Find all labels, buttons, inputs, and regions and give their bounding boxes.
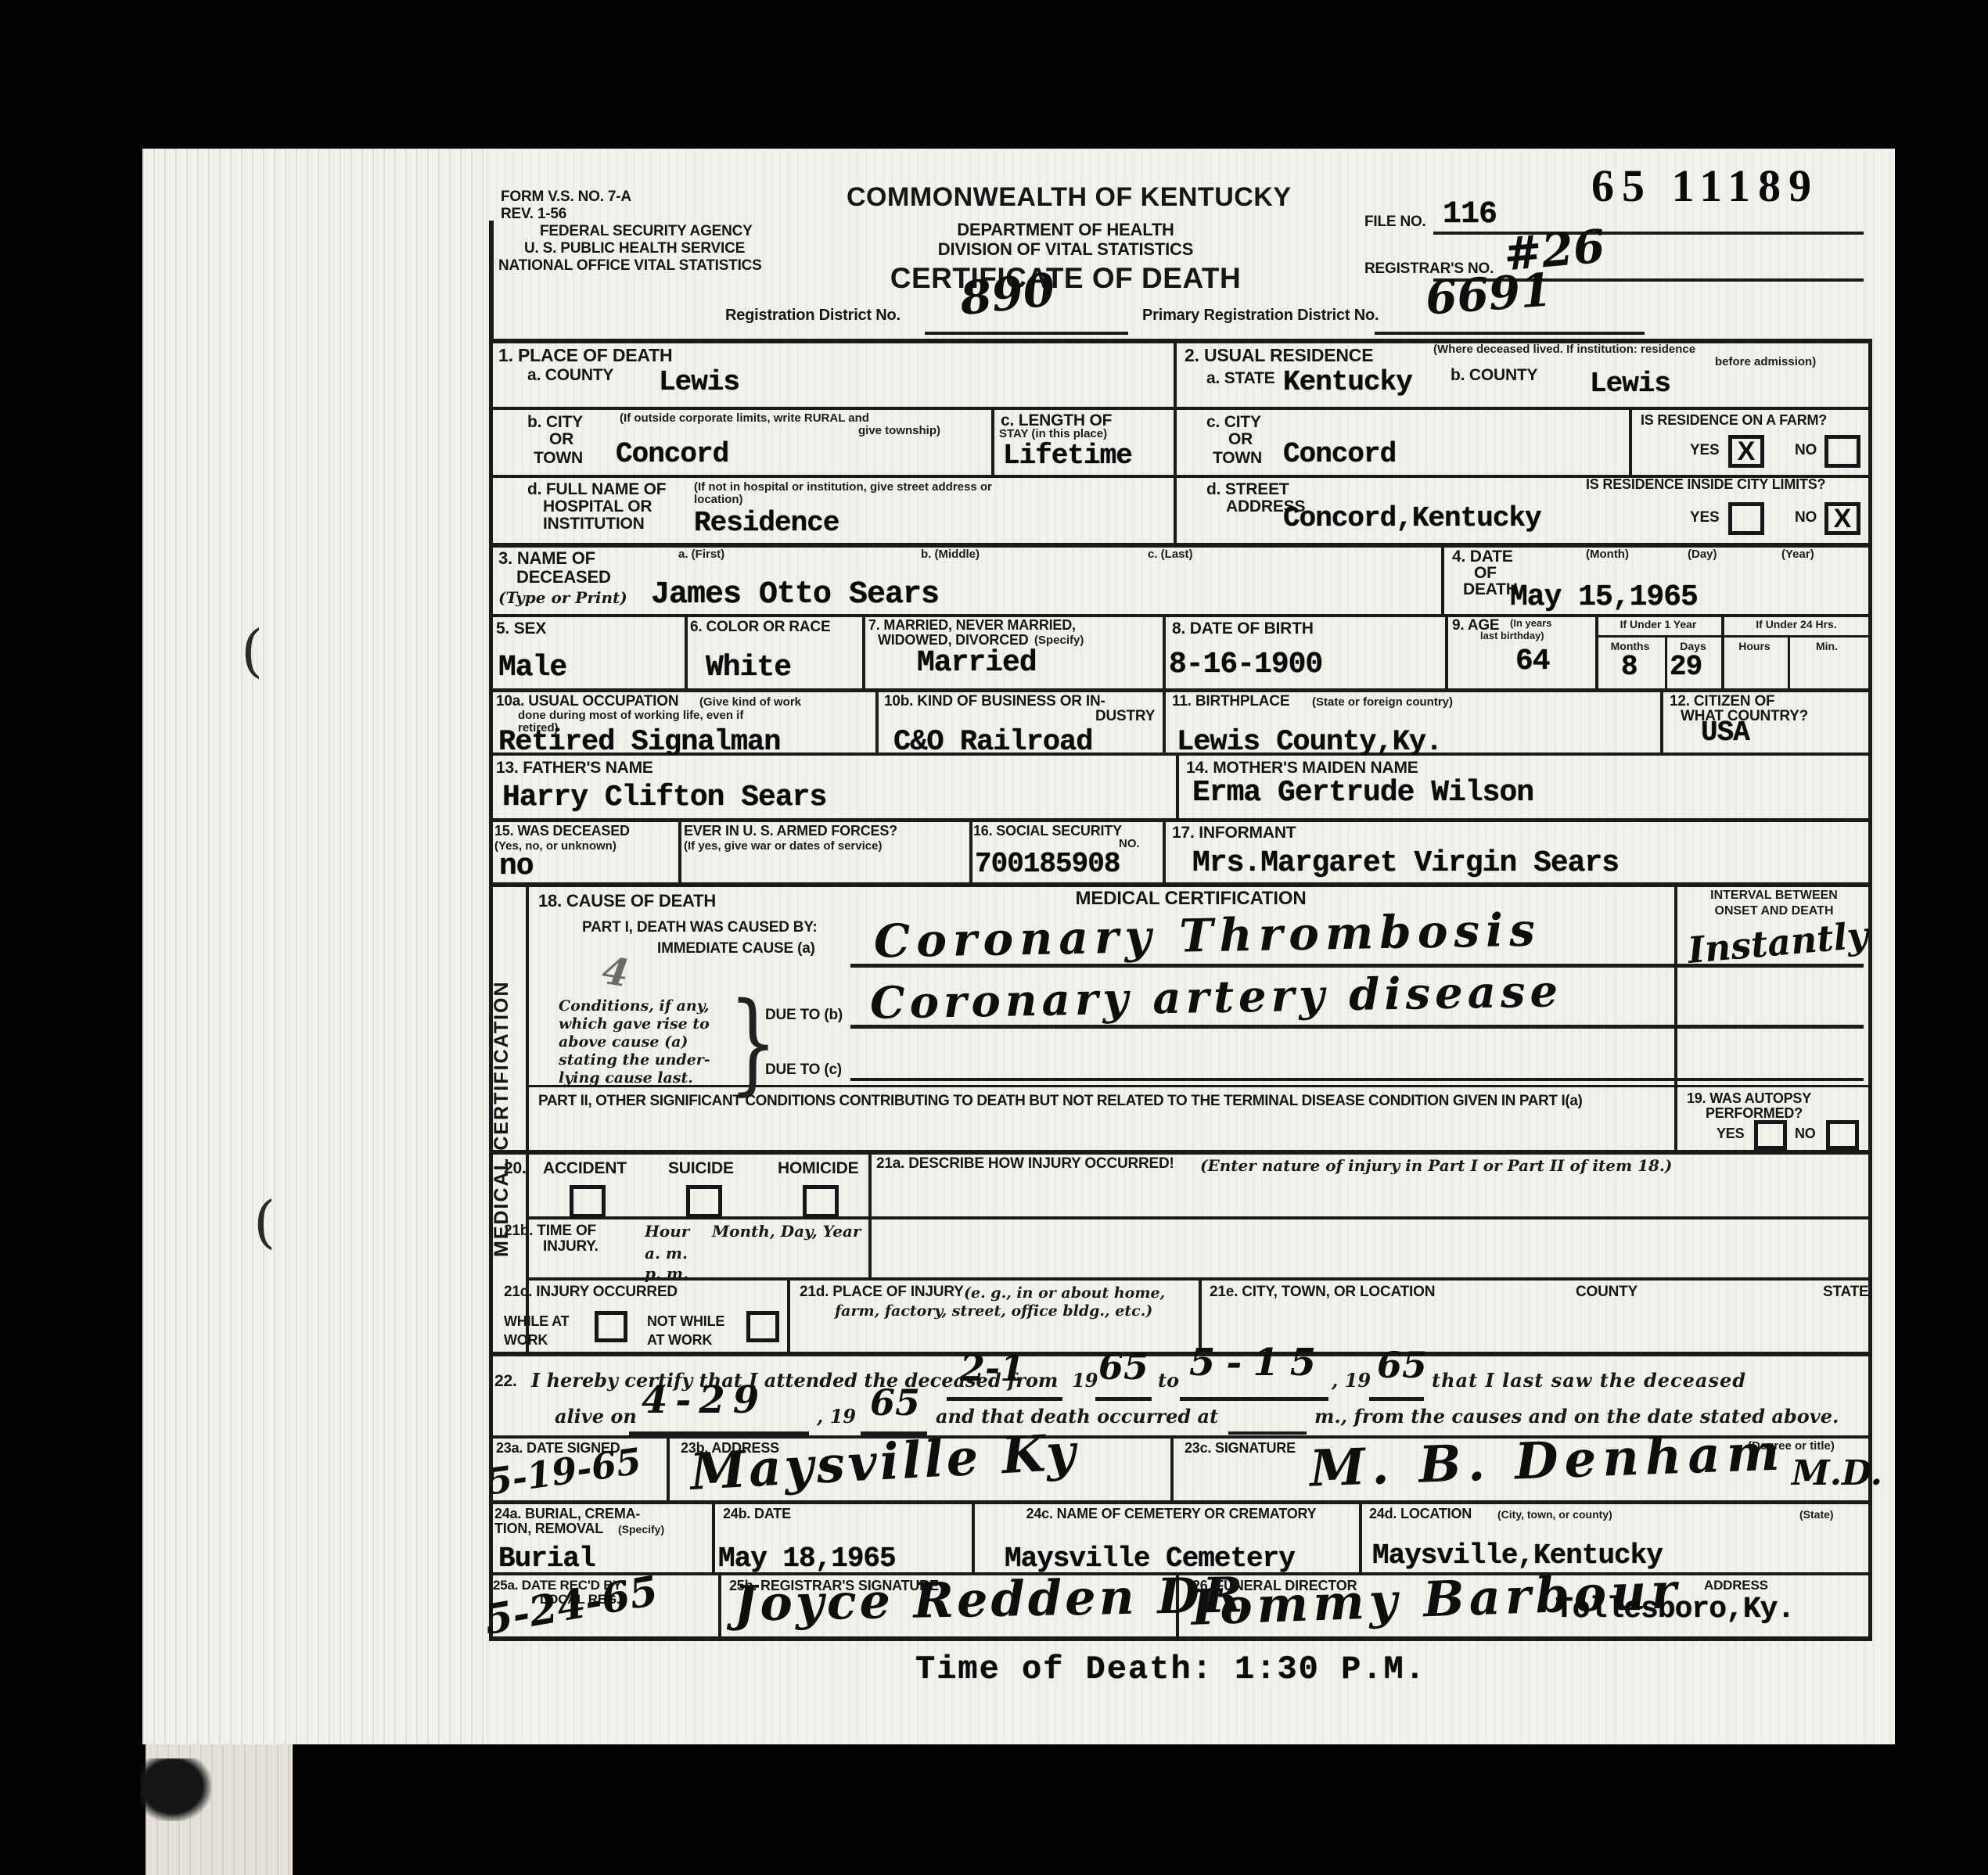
injury-occurred-label: 21c. INJURY OCCURRED [504,1284,678,1301]
residence-state-value: Kentucky [1283,366,1412,398]
mother-name-label: 14. MOTHER'S MAIDEN NAME [1186,759,1418,777]
part1-label: PART I, DEATH WAS CAUSED BY: [582,920,818,936]
physician-signature: M. B. Denham [1309,1423,1787,1498]
farm-question: IS RESIDENCE ON A FARM? [1641,413,1827,429]
cause-of-death-label: 18. CAUSE OF DEATH [538,892,716,911]
suicide-label: SUICIDE [668,1159,734,1177]
mother-name-value: Erma Gertrude Wilson [1192,776,1533,810]
rule [1163,688,1166,753]
autopsy-no-checkbox [1826,1120,1859,1150]
alive-on-value: 4-29 [642,1378,767,1422]
cemetery-label: 24c. NAME OF CEMETERY OR CREMATORY [987,1507,1355,1522]
month-label: (Month) [1586,548,1629,561]
burial-value: Burial [498,1543,595,1575]
attended-from-value: 2-1 [960,1347,1025,1389]
ssn-label2: NO. [1119,837,1140,850]
rule [787,1277,790,1352]
burial-location-note: (City, town, or county) [1497,1508,1612,1521]
rule [1163,818,1166,882]
under-1-year-label: If Under 1 Year [1595,618,1721,630]
department-title: DEPARTMENT OF HEALTH [847,221,1285,239]
margin-mark: ( [241,618,263,684]
vital-statistics-line: NATIONAL OFFICE VITAL STATISTICS [498,258,762,275]
rule [489,1352,1871,1356]
rule [991,407,994,475]
rule [868,1150,872,1277]
rule [1674,882,1677,1150]
rule [1170,1435,1174,1500]
under-24-hrs-label: If Under 24 Hrs. [1721,618,1871,630]
burial-location-note2: (State) [1799,1508,1834,1521]
printed-19-b: , 19 [1332,1369,1371,1392]
date-of-death-label2: OF [1474,564,1497,582]
due-to-c-label: DUE TO (c) [765,1062,842,1079]
file-no-label: FILE NO. [1364,214,1426,231]
health-service-line: U. S. PUBLIC HEALTH SERVICE [524,241,745,257]
occupation-value: Retired Signalman [498,726,780,759]
limits-yes-checkbox [1728,502,1764,535]
rule [875,688,879,753]
date-of-birth-label: 8. DATE OF BIRTH [1172,620,1314,638]
item-20-number: 20. [504,1159,527,1177]
month-day-year-label: Month, Day, Year [712,1222,861,1241]
rule [489,614,1871,617]
conditions-note-line: above cause (a) [559,1033,688,1051]
rule [489,818,1871,822]
autopsy-label2: PERFORMED? [1706,1106,1803,1122]
cause-a-handwriting: Coronary Thrombosis [873,903,1541,968]
scan-streak-texture [142,149,487,1744]
residence-or-label: OR [1228,430,1253,448]
funeral-address-label: ADDRESS [1704,1579,1768,1593]
pod-or-label: OR [549,430,573,448]
days-value: 29 [1670,651,1702,683]
signature-label: 23c. SIGNATURE [1185,1441,1296,1457]
date-of-death-label: 4. DATE [1452,548,1513,566]
burial-specify-note: (Specify) [618,1523,664,1536]
birthplace-label: 11. BIRTHPLACE [1172,694,1289,710]
sex-value: Male [498,651,566,684]
farm-yes-checkbox: X [1728,435,1764,468]
conditions-note-line: Conditions, if any, [559,997,710,1015]
birthplace-note: (State or foreign country) [1312,695,1453,709]
printed-19-c: , 19 [817,1405,856,1428]
alive-on-year: 65 [870,1381,920,1424]
work-label: WORK [504,1333,548,1349]
reg-district-value: 890 [958,263,1058,325]
place-of-death-title: 1. PLACE OF DEATH [498,346,672,365]
rule [526,1085,1871,1087]
city-limits-question: IS RESIDENCE INSIDE CITY LIMITS? [1586,477,1825,493]
usual-residence-title: 2. USUAL RESIDENCE [1185,346,1373,365]
father-name-label: 13. FATHER'S NAME [496,759,653,777]
last-name-label: c. (Last) [1148,548,1193,561]
armed-forces-label: EVER IN U. S. ARMED FORCES? [684,824,897,839]
rule [526,882,529,1352]
certificate-stamp-number: 65 11189 [1591,160,1819,212]
certificate-title: CERTIFICATE OF DEATH [847,263,1285,295]
name-of-deceased-label2: DECEASED [516,568,611,587]
autopsy-label: 19. WAS AUTOPSY [1687,1091,1811,1107]
pod-city-note: (If outside corporate limits, write RURA… [620,411,869,425]
marital-value: Married [917,646,1037,680]
rule [1176,753,1179,818]
burial-label: 24a. BURIAL, CREMA- [494,1507,640,1522]
not-while-label: NOT WHILE [647,1314,724,1330]
institution-note: (If not in hospital or institution, give… [694,480,992,494]
rule [1180,1397,1328,1401]
rule [489,221,494,339]
place-of-injury-note2: farm, factory, street, office bldg., etc… [835,1302,1152,1320]
rule [489,688,1871,692]
middle-name-label: b. (Middle) [921,548,980,561]
pencil-mark: 4 [599,949,632,997]
occupation-label: 10a. USUAL OCCUPATION [496,694,678,710]
limits-no-checkbox: X [1824,502,1860,535]
residence-county-label: b. COUNTY [1451,366,1537,384]
residence-city-value: Concord [1283,438,1396,470]
rule [969,818,972,882]
marital-specify-note: (Specify) [1034,634,1084,647]
accident-checkbox [570,1185,606,1218]
limits-no-label: NO [1795,510,1817,526]
margin-mark: ( [253,1189,275,1255]
file-no-value: 116 [1443,197,1497,232]
rule [1369,1397,1424,1401]
age-note: (In years [1510,618,1551,630]
rule [718,1572,721,1636]
primary-district-label: Primary Registration District No. [1142,307,1379,324]
scan-bottom-strip [146,1744,293,1875]
interval-handwriting: Instantly [1686,914,1870,972]
rule [712,1500,715,1572]
informant-value: Mrs.Margaret Virgin Sears [1192,846,1619,880]
rule [1441,543,1444,614]
residence-state-label: a. STATE [1206,369,1274,387]
burial-label2: TION, REMOVAL [494,1521,603,1537]
year-label: (Year) [1781,548,1814,561]
residence-town-label: TOWN [1213,449,1262,467]
birthplace-value: Lewis County,Ky. [1177,726,1442,759]
autopsy-no-label: NO [1795,1126,1816,1142]
armed-forces-note: (If yes, give war or dates of service) [684,839,882,853]
scan-smudge [141,1758,211,1821]
rule [1595,635,1721,638]
father-name-value: Harry Clifton Sears [502,781,826,814]
while-at-work-checkbox [595,1311,627,1342]
street-address-value: Concord,Kentucky [1283,502,1541,534]
injury-county-label: COUNTY [1576,1284,1637,1301]
due-to-b-label: DUE TO (b) [765,1008,843,1024]
hour-label: Hour [645,1222,689,1241]
was-deceased-label: 15. WAS DECEASED [494,824,630,839]
rule [526,1216,1871,1219]
street-address-label: d. STREET [1206,480,1289,498]
industry-label: 10b. KIND OF BUSINESS OR IN- [884,694,1105,710]
residence-city-label: c. CITY [1206,413,1261,431]
rule [489,1150,1871,1155]
rule [489,882,1871,887]
division-title: DIVISION OF VITAL STATISTICS [847,240,1285,259]
deceased-name-value: James Otto Sears [651,577,939,612]
length-of-stay-label2: STAY (in this place) [999,427,1107,440]
race-label: 6. COLOR OR RACE [690,620,830,636]
autopsy-yes-label: YES [1717,1126,1744,1142]
time-of-injury-label: 21b. TIME OF [504,1223,596,1240]
institution-note2: location) [694,493,743,506]
interval-label: INTERVAL BETWEEN [1678,889,1870,903]
item-22-number: 22. [494,1372,517,1390]
rule [1228,1431,1307,1435]
conditions-note-line: which gave rise to [559,1015,710,1033]
rule [629,1431,809,1435]
cause-b-handwriting: Coronary artery disease [869,965,1562,1029]
homicide-label: HOMICIDE [778,1159,858,1177]
while-at-label: WHILE AT [504,1314,569,1330]
rule [1660,688,1663,753]
residence-county-value: Lewis [1590,368,1670,400]
occupation-note2: done during most of working life, even i… [518,709,743,722]
primary-district-value: 6691 [1424,263,1554,325]
injury-describe-label: 21a. DESCRIBE HOW INJURY OCCURRED! [876,1156,1174,1173]
rule [489,407,1871,410]
type-or-print-note: (Type or Print) [498,588,627,607]
attended-to-year: 65 [1377,1344,1427,1386]
marital-label: 7. MARRIED, NEVER MARRIED, [868,618,1076,634]
place-of-injury-label: 21d. PLACE OF INJURY [800,1284,964,1301]
age-note2: last birthday) [1480,630,1544,642]
informant-label: 17. INFORMANT [1172,824,1296,842]
rule [685,614,688,688]
limits-yes-label: YES [1690,510,1719,526]
sex-label: 5. SEX [496,620,546,638]
was-deceased-value: no [499,849,534,883]
rule [489,1636,1871,1641]
ssn-label: 16. SOCIAL SECURITY [973,824,1122,839]
certify-alive-on: alive on [555,1405,637,1428]
agency-line: FEDERAL SECURITY AGENCY [540,224,753,240]
pod-city-value: Concord [616,438,728,470]
suicide-checkbox [686,1185,722,1218]
form-number-line: FORM V.S. NO. 7-A [501,189,631,206]
burial-location-label: 24d. LOCATION [1369,1507,1472,1522]
burial-date-label: 24b. DATE [723,1507,791,1522]
day-label: (Day) [1688,548,1717,561]
am-label: a. m. [645,1244,688,1263]
usual-residence-note: (Where deceased lived. If institution: r… [1433,343,1695,356]
farm-no-checkbox [1824,435,1860,468]
burial-date-value: May 18,1965 [718,1543,896,1575]
pod-city-note2: give township) [858,424,940,437]
date-of-birth-value: 8-16-1900 [1169,648,1322,681]
institution-label2: HOSPITAL OR [543,497,652,515]
rule [678,818,681,882]
time-of-death-note: Time of Death: 1:30 P.M. [915,1651,1426,1688]
industry-label2: DUSTRY [1095,709,1155,725]
medical-certification-header: MEDICAL CERTIFICATION [1042,889,1339,909]
immediate-cause-label: IMMEDIATE CAUSE (a) [657,941,815,957]
registrar-signature-value: Joyce Redden DR [733,1566,1246,1632]
usual-residence-note2: before admission) [1715,355,1816,368]
autopsy-yes-checkbox [1754,1120,1787,1150]
rule [862,614,865,688]
date-of-death-value: May 15,1965 [1510,580,1698,614]
form-rev-line: REV. 1-56 [501,207,566,223]
place-of-injury-note: (e. g., in or about home, [964,1284,1165,1302]
conditions-note-line: lying cause last. [559,1069,693,1087]
farm-yes-label: YES [1690,443,1719,459]
commonwealth-title: COMMONWEALTH OF KENTUCKY [847,183,1285,212]
physician-degree: M.D. [1792,1453,1882,1493]
accident-label: ACCIDENT [543,1159,627,1177]
scanned-death-certificate: ( ( FORM V.S. NO. 7-A REV. 1-56 FEDERAL … [0,0,1988,1875]
rule [1721,635,1871,638]
certificate-page: ( ( FORM V.S. NO. 7-A REV. 1-56 FEDERAL … [142,149,1895,1744]
funeral-address-value: Tollesboro,Ky. [1555,1593,1794,1626]
farm-no-label: NO [1795,443,1817,459]
rule [1433,232,1864,235]
certify-to-word: to [1158,1369,1179,1392]
age-value: 64 [1515,645,1550,678]
rule [972,1500,975,1572]
rule [1375,332,1645,335]
rule [1163,614,1166,688]
pod-county-value: Lewis [659,366,739,398]
certify-text-3: that I last saw the deceased [1432,1369,1746,1392]
months-value: 8 [1621,651,1637,683]
injury-city-label: 21e. CITY, TOWN, OR LOCATION [1210,1284,1435,1301]
rule [925,332,1128,335]
length-of-stay-value: Lifetime [1003,440,1132,472]
institution-value: Residence [694,507,839,539]
rule [1359,1500,1362,1572]
rule [1629,407,1632,475]
not-while-at-work-checkbox [746,1311,779,1342]
institution-label: d. FULL NAME OF [527,480,666,498]
attended-to-value: 5-15 [1189,1341,1327,1385]
rule [1174,339,1177,543]
homicide-checkbox [803,1185,839,1218]
part2-label: PART II, OTHER SIGNIFICANT CONDITIONS CO… [538,1094,1582,1110]
citizen-value: USA [1701,717,1749,749]
race-value: White [706,651,791,684]
first-name-label: a. (First) [678,548,724,561]
injury-describe-note: (Enter nature of injury in Part I or Par… [1200,1156,1672,1175]
occupation-note1: (Give kind of work [699,695,801,709]
pod-city-label: b. CITY [527,413,583,431]
time-of-injury-label2: INJURY. [543,1239,599,1255]
ssn-value: 700185908 [975,848,1120,880]
rule [1445,614,1448,688]
injury-state-label: STATE [1823,1284,1868,1301]
rule [1868,339,1872,1641]
rule [1095,1397,1152,1401]
rule [947,1397,1062,1401]
rule [667,1435,670,1500]
hours-label: Hours [1721,640,1788,652]
pm-label: p. m. [645,1264,688,1283]
at-work-label: AT WORK [647,1333,712,1349]
reg-district-label: Registration District No. [725,307,901,324]
pod-town-label: TOWN [534,449,583,467]
pod-county-label: a. COUNTY [527,366,613,384]
medical-certification-side-label: MEDICAL CERTIFICATION [491,892,524,1345]
industry-value: C&O Railroad [893,726,1092,759]
conditions-brace: } [728,979,777,1107]
conditions-note-line: stating the under- [559,1051,710,1069]
printed-19-a: 19 [1072,1369,1098,1392]
rule [850,1078,1864,1081]
name-of-deceased-label: 3. NAME OF [498,549,595,568]
institution-label3: INSTITUTION [543,515,645,533]
min-label: Min. [1788,640,1866,652]
attended-from-year: 65 [1098,1345,1149,1388]
